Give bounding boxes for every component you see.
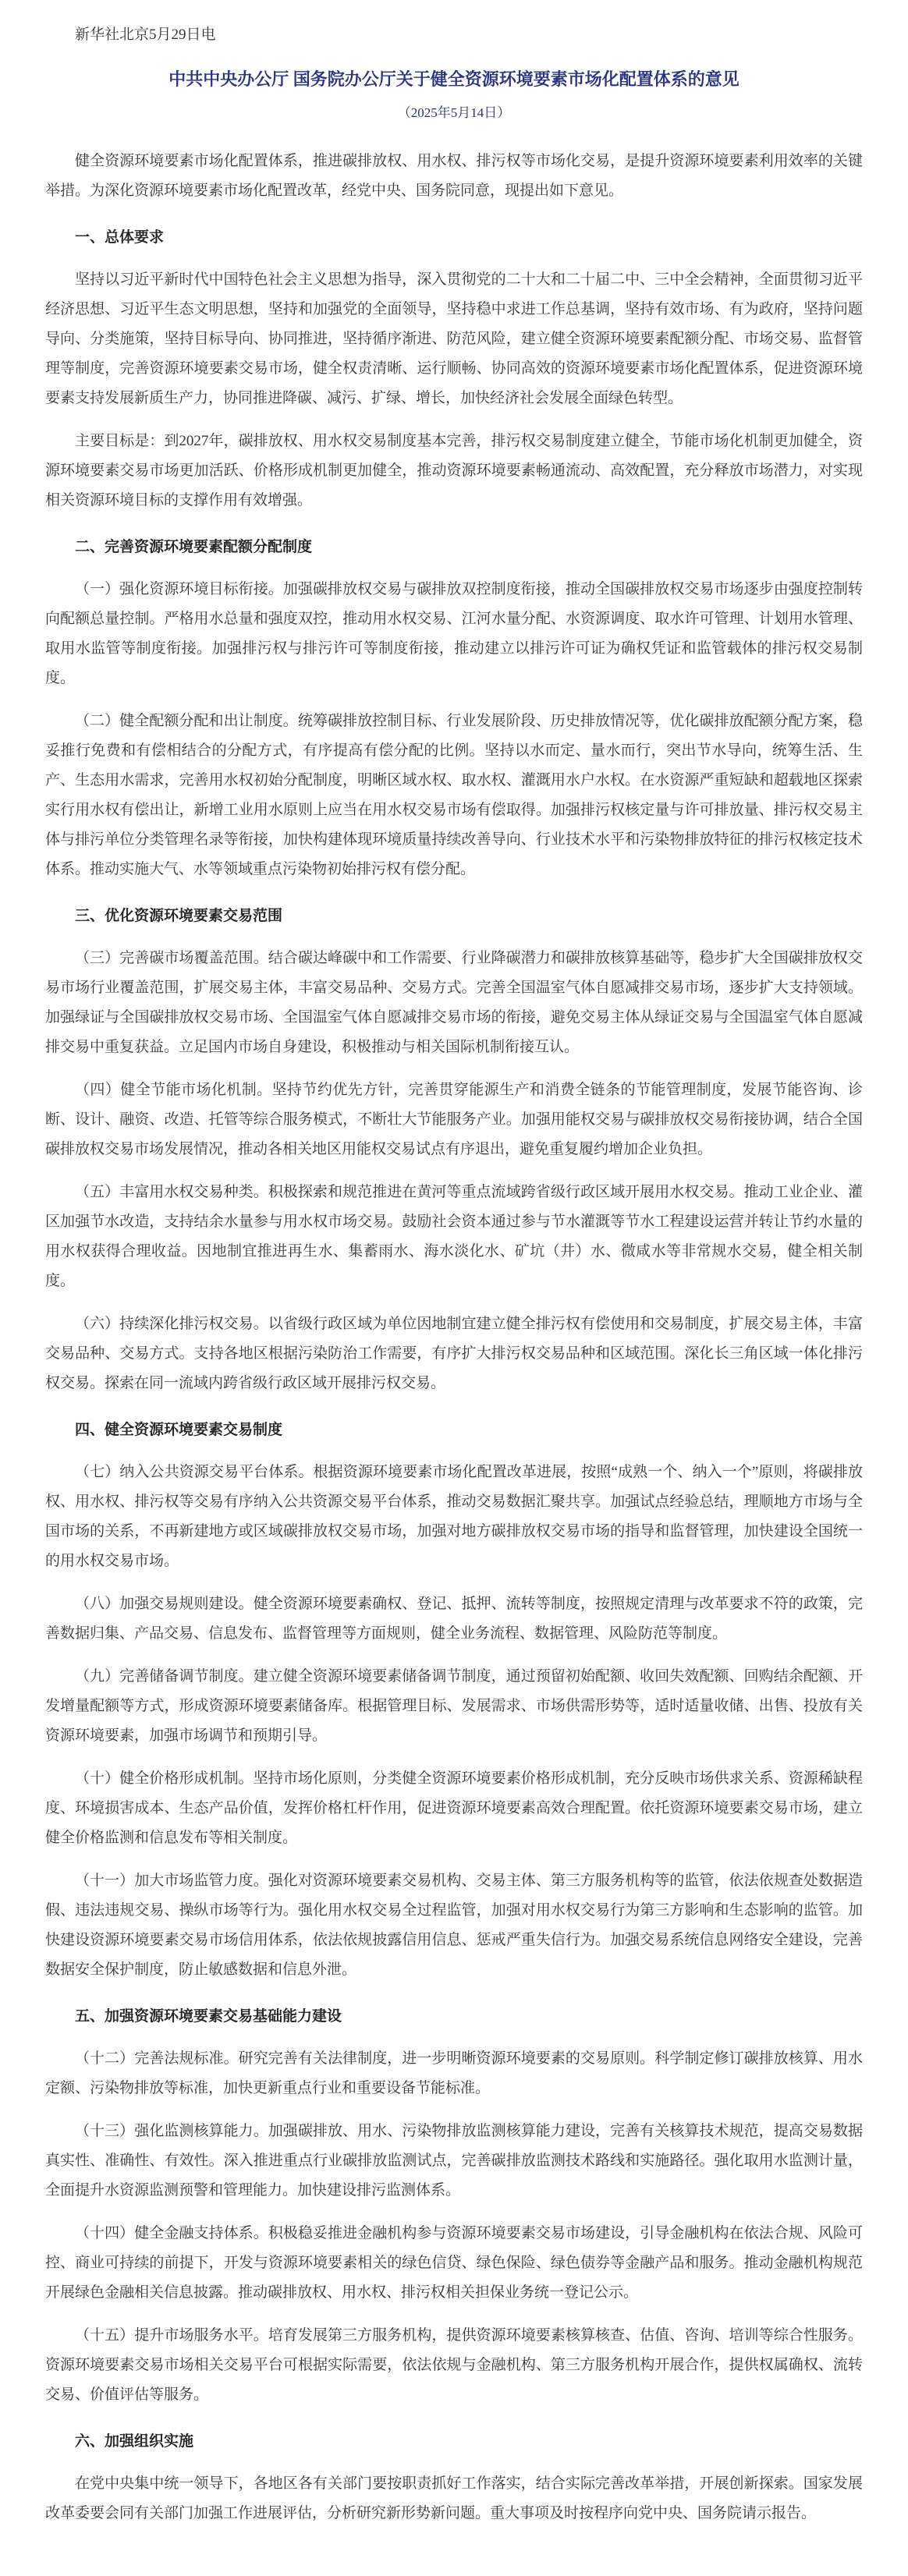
document-date: （2025年5月14日） [45,103,863,123]
paragraph: 坚持以习近平新时代中国特色社会主义思想为指导，深入贯彻党的二十大和二十届二中、三… [45,265,863,413]
paragraph: （十四）健全金融支持体系。积极稳妥推进金融机构参与资源环境要素交易市场建设，引导… [45,2219,863,2308]
section-heading: 一、总体要求 [45,226,863,250]
section-heading: 三、优化资源环境要素交易范围 [45,905,863,928]
paragraph: （十二）完善法规标准。研究完善有关法律制度，进一步明晰资源环境要素的交易原则。科… [45,2044,863,2103]
paragraph: （九）完善储备调节制度。建立健全资源环境要素储备调节制度，通过预留初始配额、收回… [45,1662,863,1751]
paragraph: （一）强化资源环境目标衔接。加强碳排放权交易与碳排放双控制度衔接，推动全国碳排放… [45,575,863,693]
paragraph: 健全资源环境要素市场化配置体系，推进碳排放权、用水权、排污权等市场化交易，是提升… [45,147,863,206]
paragraph: （三）完善碳市场覆盖范围。结合碳达峰碳中和工作需要、行业降碳潜力和碳排放核算基础… [45,944,863,1062]
section-heading: 二、完善资源环境要素配额分配制度 [45,536,863,559]
document-body: 健全资源环境要素市场化配置体系，推进碳排放权、用水权、排污权等市场化交易，是提升… [45,147,863,2528]
paragraph: （十）健全价格形成机制。坚持市场化原则，分类健全资源环境要素价格形成机制，充分反… [45,1764,863,1853]
section-heading: 六、加强组织实施 [45,2430,863,2454]
paragraph: （四）健全节能市场化机制。坚持节约优先方针，完善贯穿能源生产和消费全链条的节能管… [45,1075,863,1164]
paragraph: 在党中央集中统一领导下，各地区各有关部门要按职责抓好工作落实，结合实际完善改革举… [45,2469,863,2528]
paragraph: （二）健全配额分配和出让制度。统筹碳排放控制目标、行业发展阶段、历史排放情况等，… [45,707,863,884]
paragraph: （七）纳入公共资源交易平台体系。根据资源环境要素市场化配置改革进展，按照“成熟一… [45,1458,863,1576]
paragraph: 主要目标是：到2027年，碳排放权、用水权交易制度基本完善，排污权交易制度建立健… [45,427,863,516]
paragraph: （十三）强化监测核算能力。加强碳排放、用水、污染物排放监测核算能力建设，完善有关… [45,2117,863,2206]
document: 新华社北京5月29日电 中共中央办公厅 国务院办公厅关于健全资源环境要素市场化配… [0,0,908,2576]
dateline: 新华社北京5月29日电 [45,20,863,50]
paragraph: （十五）提升市场服务水平。培育发展第三方服务机构，提供资源环境要素核算核查、估值… [45,2321,863,2410]
paragraph: （十一）加大市场监管力度。强化对资源环境要素交易机构、交易主体、第三方服务机构等… [45,1866,863,1985]
paragraph: （六）持续深化排污权交易。以省级行政区域为单位因地制宜建立健全排污权有偿使用和交… [45,1309,863,1398]
paragraph: （五）丰富用水权交易种类。积极探索和规范推进在黄河等重点流域跨省级行政区域开展用… [45,1178,863,1296]
section-heading: 五、加强资源环境要素交易基础能力建设 [45,2005,863,2029]
document-title: 中共中央办公厅 国务院办公厅关于健全资源环境要素市场化配置体系的意见 [100,67,808,92]
paragraph: （八）加强交易规则建设。健全资源环境要素确权、登记、抵押、流转等制度，按照规定清… [45,1589,863,1649]
section-heading: 四、健全资源环境要素交易制度 [45,1419,863,1442]
